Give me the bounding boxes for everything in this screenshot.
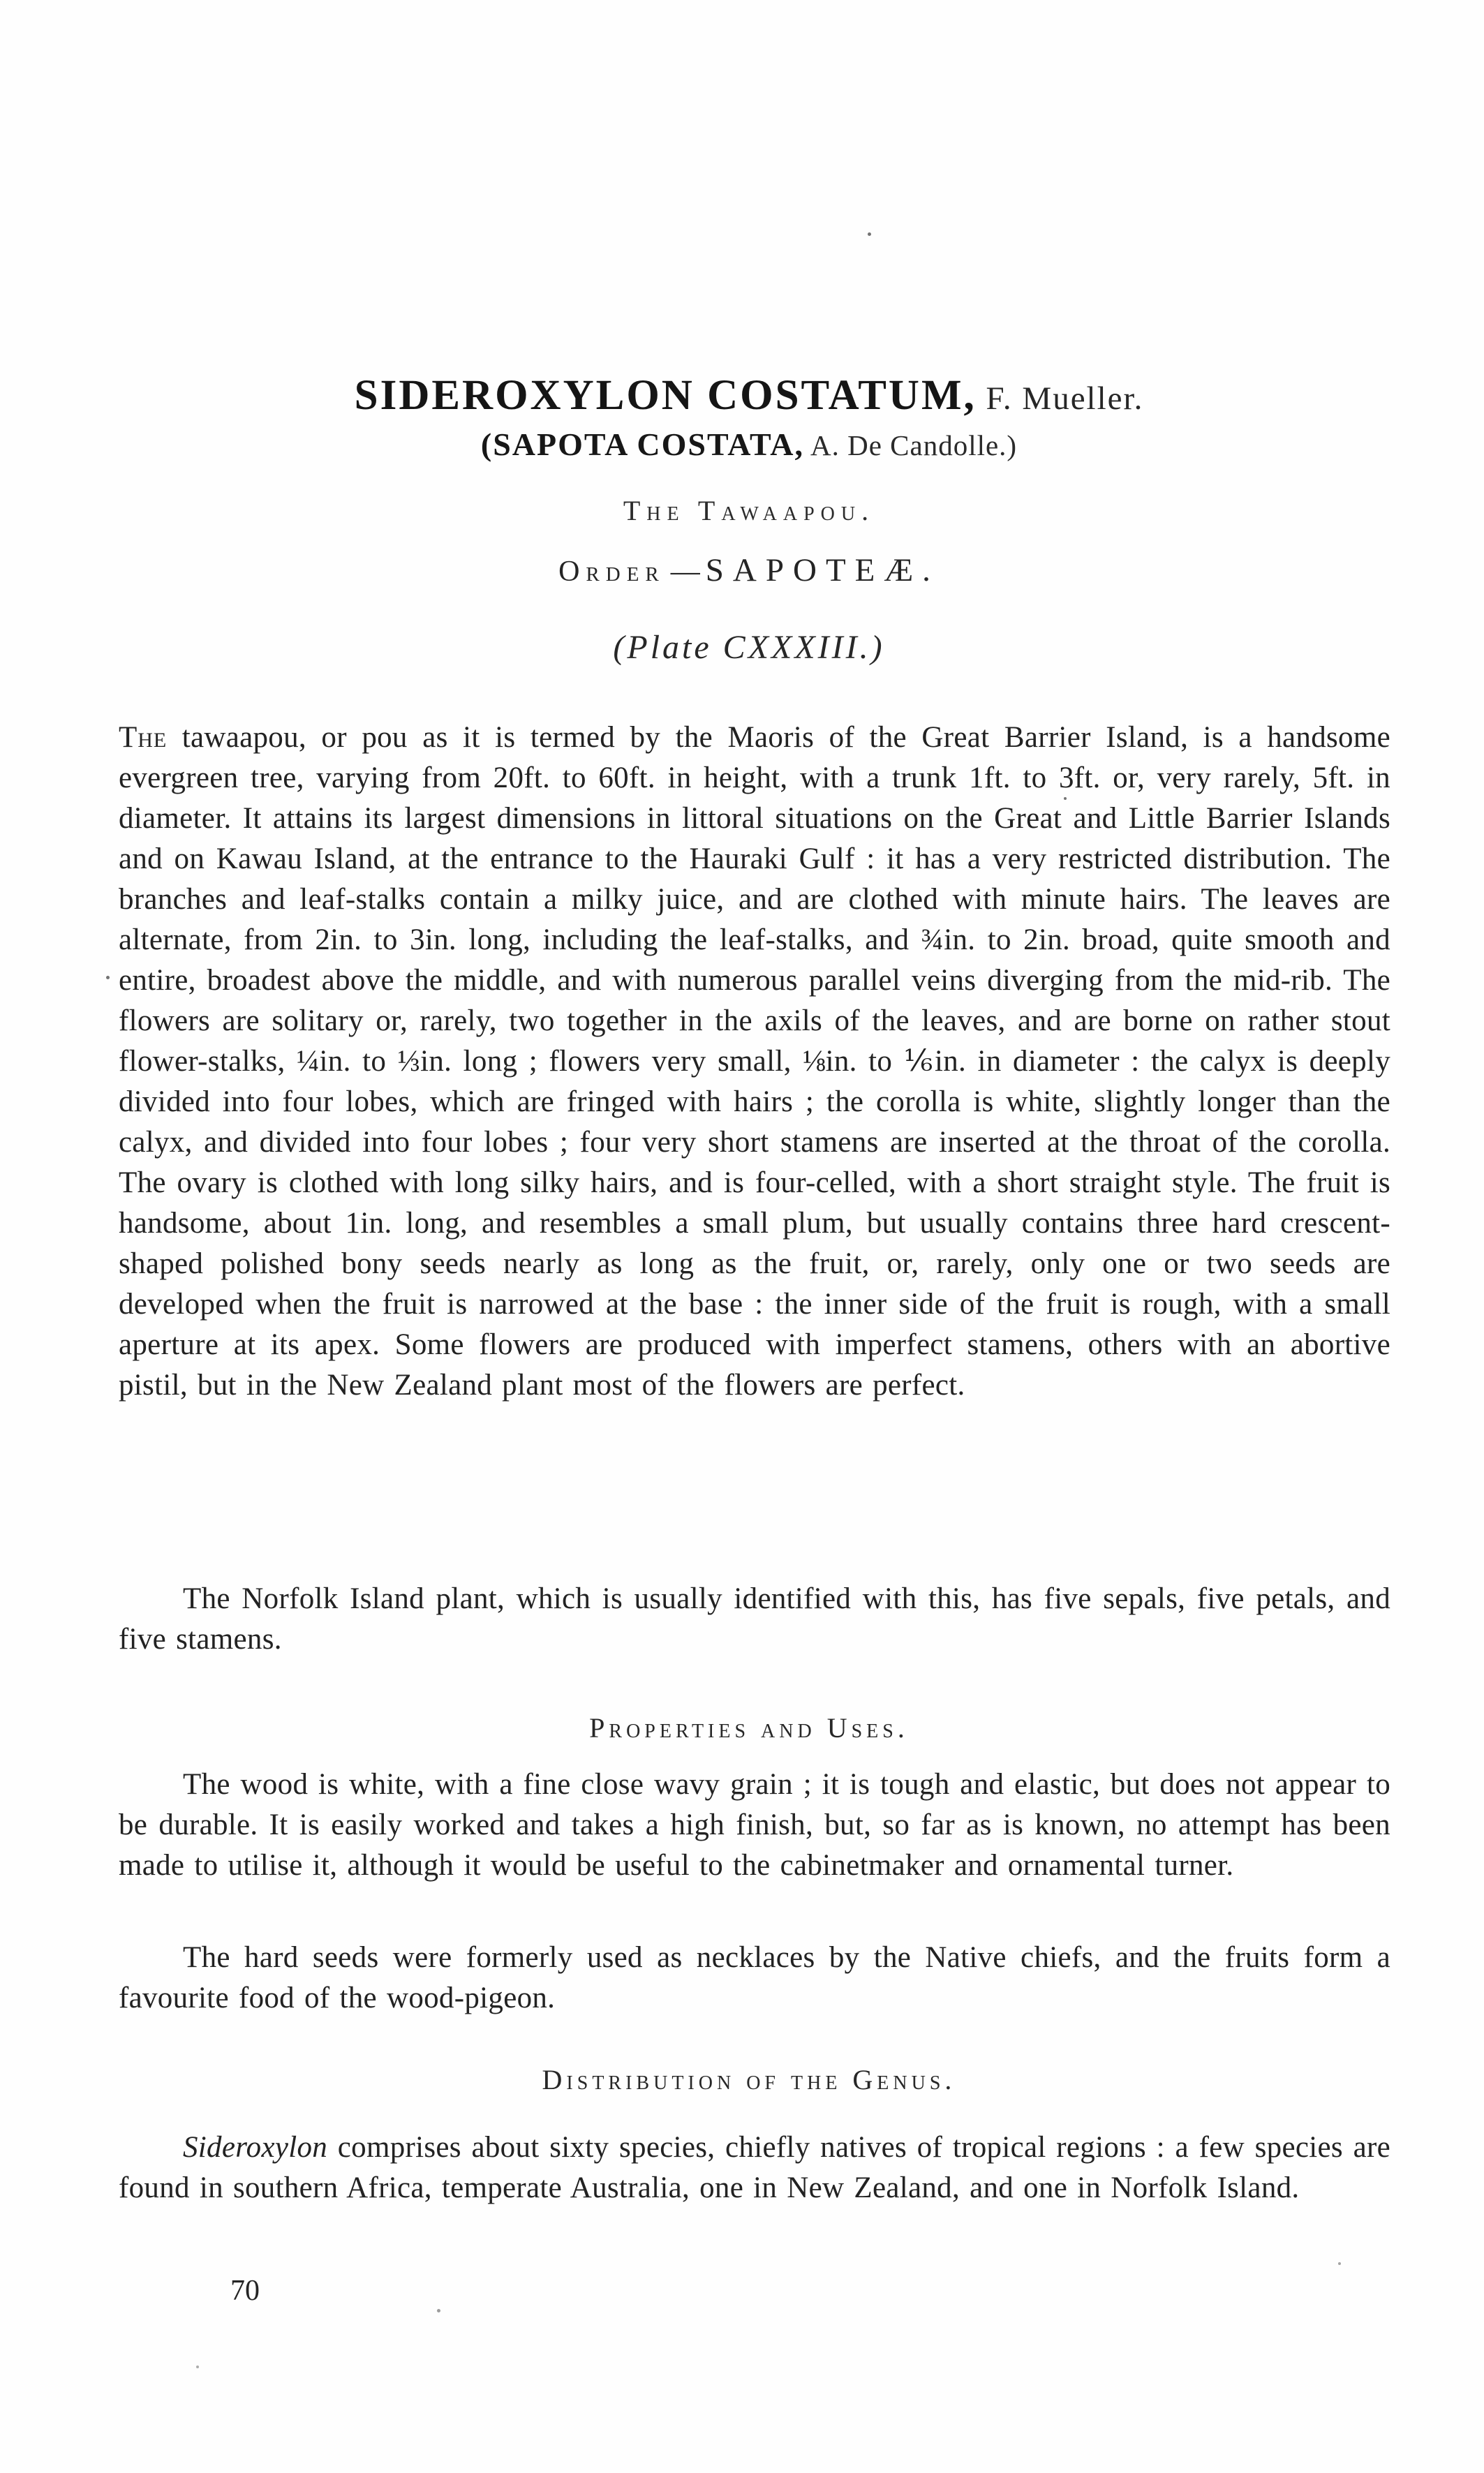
common-name: The Tawaapou. <box>112 494 1386 527</box>
plate-reference: (Plate CXXXIII.) <box>112 628 1386 667</box>
paragraph-norfolk-island: The Norfolk Island plant, which is usual… <box>119 1579 1390 1660</box>
order-value: SAPOTEÆ. <box>706 552 940 588</box>
species-title-line: SIDEROXYLON COSTATUM, F. Mueller. <box>112 371 1386 420</box>
book-page-scan: SIDEROXYLON COSTATUM, F. Mueller. (SAPOT… <box>0 0 1484 2473</box>
paragraph-text: tawaapou, or pou as it is termed by the … <box>119 721 1390 1402</box>
synonym-line: (SAPOTA COSTATA, A. De Candolle.) <box>112 426 1386 463</box>
scan-speck <box>1338 2262 1341 2265</box>
paragraph-seeds-uses: The hard seeds were formerly used as nec… <box>119 1938 1390 2019</box>
scan-speck <box>868 232 871 236</box>
order-label: Order <box>558 556 665 588</box>
paragraph-wood-properties: The wood is white, with a fine close wav… <box>119 1765 1390 1886</box>
paragraph-genus-distribution: Sideroxylon comprises about sixty specie… <box>119 2127 1390 2208</box>
section-heading-properties-and-uses: Properties and Uses. <box>112 1711 1386 1744</box>
order-line: Order—SAPOTEÆ. <box>112 551 1386 589</box>
synonym-title: (SAPOTA COSTATA, <box>481 426 804 462</box>
paragraph-description: The tawaapou, or pou as it is termed by … <box>119 718 1390 1406</box>
scan-speck <box>437 2309 440 2312</box>
species-author: F. Mueller. <box>977 380 1144 417</box>
genus-name-italic: Sideroxylon <box>183 2131 327 2164</box>
page-number: 70 <box>230 2274 260 2308</box>
species-title: SIDEROXYLON COSTATUM, <box>355 372 977 419</box>
scan-speck <box>196 2366 199 2368</box>
synonym-author: A. De Candolle.) <box>804 429 1017 461</box>
section-heading-distribution: Distribution of the Genus. <box>112 2063 1386 2096</box>
scan-speck <box>1064 797 1067 800</box>
order-dash: — <box>665 556 706 588</box>
paragraph-lead-word: The <box>119 721 167 754</box>
scan-speck <box>106 976 110 979</box>
scan-speck <box>1045 1783 1047 1785</box>
